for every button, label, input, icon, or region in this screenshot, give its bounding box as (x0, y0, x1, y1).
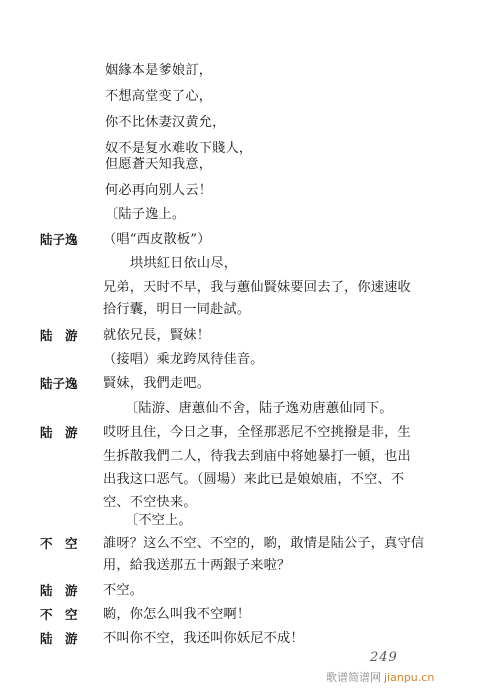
speaker-name: 陆 游 (40, 327, 78, 345)
dialogue-line: 賢妹，我們走吧。 (103, 375, 210, 393)
watermark: 歌谱简谱网jianpu.cn (326, 669, 434, 685)
speaker-name: 陆 游 (40, 582, 78, 600)
sung-direction: （唱“西皮散板”） (103, 231, 211, 249)
speaker-name: 陆 游 (40, 630, 78, 648)
dialogue-line: 不空。 (103, 582, 143, 600)
verse-line: 不想高堂变了心， (105, 88, 212, 106)
speaker-name: 陆子逸 (40, 231, 78, 249)
stage-direction: 〔陆游、唐蕙仙不舍，陆子逸劝唐蕙仙同下。 (125, 400, 393, 418)
dialogue-line: 空、不空快来。 (103, 494, 197, 512)
dialogue-line: 兄弟，天时不早，我与蕙仙賢妹要回去了，你速速收 (103, 279, 411, 297)
dialogue-line: 拾行囊，明日一同赴試。 (103, 301, 250, 319)
verse-line: 姻緣本是爹娘訂， (105, 62, 212, 80)
verse-line: 你不比休妻汉黄允， (105, 114, 226, 132)
dialogue-line: 生拆散我們二人，待我去到庙中将她暴打一頓，也出 (103, 448, 411, 466)
watermark-en: jianpu.cn (384, 671, 434, 684)
dialogue-line: 不叫你不空，我还叫你妖尼不成！ (103, 630, 304, 648)
page-number: 249 (370, 650, 398, 665)
speaker-name: 陆 游 (40, 424, 78, 442)
speaker-name: 不 空 (40, 606, 78, 624)
script-page: 姻緣本是爹娘訂， 不想高堂变了心， 你不比休妻汉黄允， 奴不是复水难收下賤人， … (0, 0, 479, 690)
dialogue-line: 哎呀且住，今日之事，全怪那恶尼不空挑撥是非，生 (103, 424, 411, 442)
dialogue-line: 就依兄長，賢妹！ (103, 327, 210, 345)
dialogue-line: 喲，你怎么叫我不空啊！ (103, 606, 250, 624)
stage-direction: 〔不空上。 (125, 512, 192, 530)
verse-line: 何必再向别人云！ (105, 182, 212, 200)
dialogue-line: （接唱）乘龙跨凤待佳音。 (103, 351, 264, 369)
stage-direction: 〔陆子逸上。 (105, 206, 185, 224)
dialogue-line: 出我这口恶气。（圆場）来此已是娘娘庙，不空、不 (103, 471, 404, 489)
speaker-name: 陆子逸 (40, 375, 78, 393)
speaker-name: 不 空 (40, 535, 78, 553)
dialogue-line: 用，給我送那五十两銀子来啦？ (103, 557, 290, 575)
watermark-cn: 歌谱简谱网 (326, 671, 381, 684)
verse-line: 但愿蒼天知我意， (105, 156, 212, 174)
dialogue-line: 誰呀？这么不空、不空的，喲，敢情是陆公子，真守信 (103, 535, 424, 553)
sung-line: 垬垬紅日依山尽， (130, 255, 237, 273)
